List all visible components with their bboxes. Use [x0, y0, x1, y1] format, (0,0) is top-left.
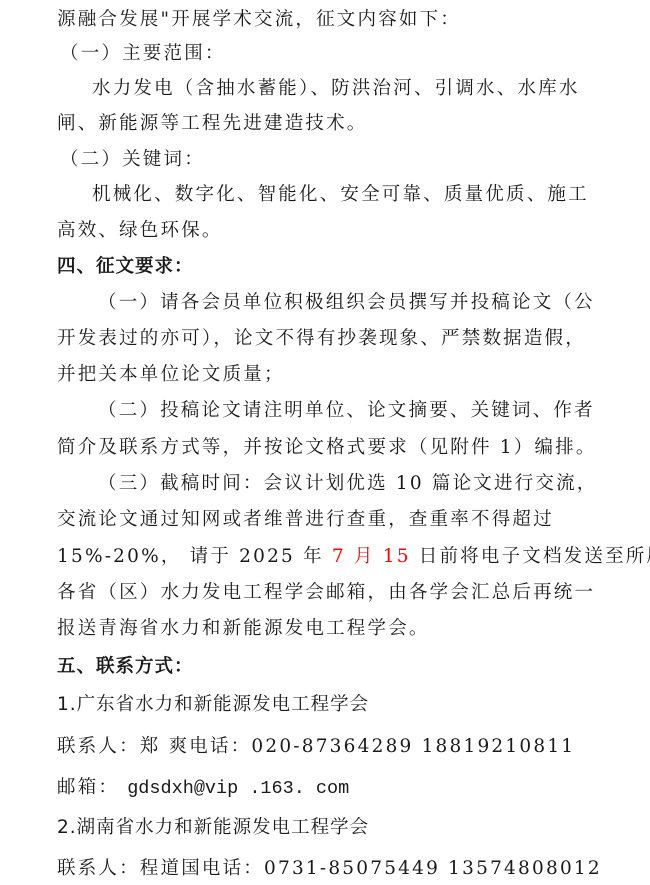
section-heading-contacts: 五、联系方式： [57, 655, 194, 679]
deadline-date: 7 月 15 [332, 546, 411, 567]
deadline-suffix: 日前将电子文档发送至所属 [411, 546, 650, 567]
section-heading-requirements: 四、征文要求： [57, 255, 194, 279]
requirement-1-line: （一）请各会员单位积极组织会员撰写并投稿论文（公 [98, 291, 595, 315]
contact-person-guangdong: 联系人：郑 爽电话：020-87364289 18819210811 [57, 735, 575, 759]
contact-org-hunan: 2.湖南省水力和新能源发电工程学会 [57, 816, 369, 840]
contact-org-guangdong: 1.广东省水力和新能源发电工程学会 [57, 693, 369, 717]
email-label: 邮箱： [57, 777, 119, 798]
scope-text: 水力发电（含抽水蓄能）、防洪治河、引调水、水库水 [92, 77, 580, 101]
requirement-1-line: 并把关本单位论文质量； [57, 363, 285, 387]
keywords-text: 机械化、数字化、智能化、安全可靠、质量优质、施工 [92, 183, 589, 207]
subheading-keywords: （二）关键词： [60, 148, 205, 172]
intro-line: 源融合发展"开展学术交流，征文内容如下： [57, 8, 461, 32]
subheading-scope: （一）主要范围： [60, 42, 226, 66]
requirement-1-line: 开发表过的亦可），论文不得有抄袭现象、严禁数据造假， [57, 327, 586, 351]
contact-person-hunan: 联系人：程道国电话：0731-85075449 13574808012 [57, 857, 602, 881]
deadline-line: 15%-20%， 请于 2025 年 7 月 15 日前将电子文档发送至所属 [57, 545, 650, 569]
requirement-3-line: 交流论文通过知网或者维普进行查重，查重率不得超过 [57, 508, 554, 532]
scope-text-cont: 闸、新能源等工程先进建造技术。 [57, 112, 368, 136]
requirement-3-line: 各省（区）水力发电工程学会邮箱，由各学会汇总后再统一 [57, 581, 595, 605]
requirement-2-line: 简介及联系方式等，并按论文格式要求（见附件 1）编排。 [57, 436, 597, 460]
email-address[interactable]: gdsdxh@vip .163. com [127, 778, 349, 799]
requirement-3-line: （三）截稿时间：会议计划优选 10 篇论文进行交流， [98, 472, 598, 496]
requirement-2-line: （二）投稿论文请注明单位、论文摘要、关键词、作者 [98, 399, 595, 423]
deadline-prefix: 15%-20%， 请于 2025 年 [57, 546, 332, 567]
contact-email-guangdong: 邮箱： gdsdxh@vip .163. com [57, 776, 349, 801]
requirement-3-line: 报送青海省水力和新能源发电工程学会。 [57, 617, 430, 641]
keywords-text-cont: 高效、绿色环保。 [57, 219, 223, 243]
